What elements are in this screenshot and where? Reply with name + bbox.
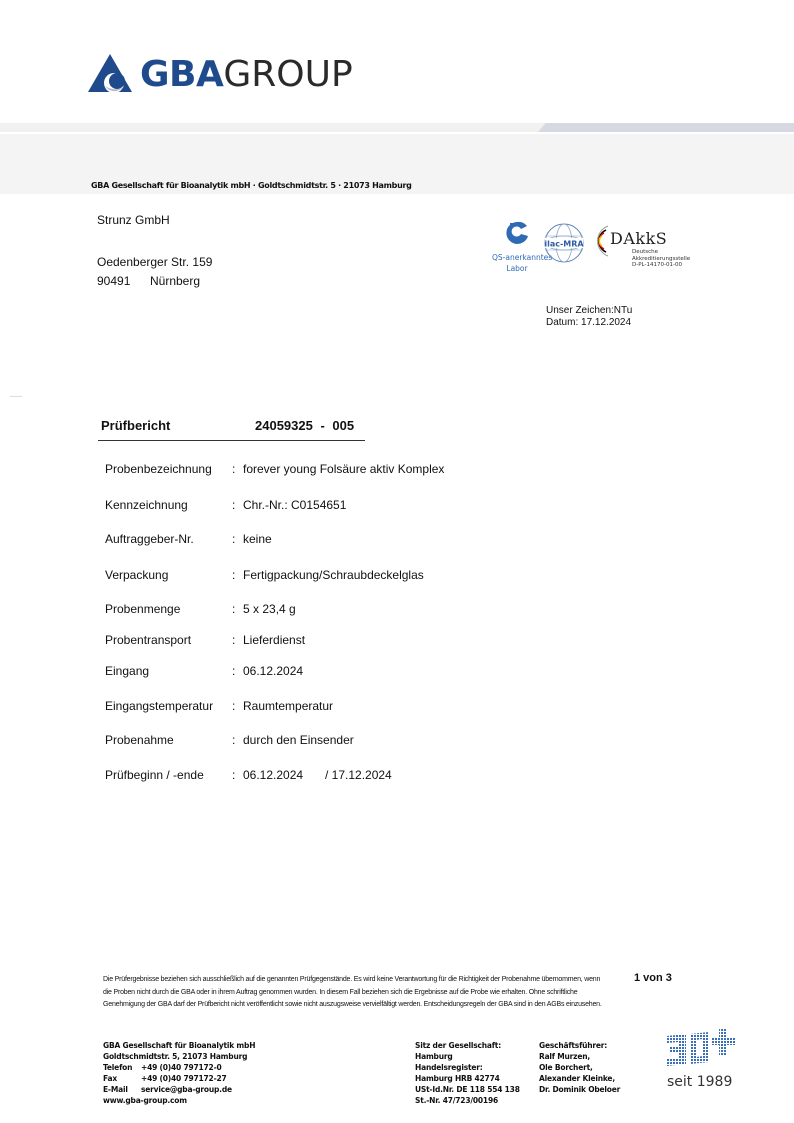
company-name: GBA Gesellschaft für Bioanalytik mbH xyxy=(103,1040,255,1051)
field-label: Probenbezeichnung xyxy=(105,462,212,476)
email-label: E-Mail xyxy=(103,1084,141,1095)
dakks-logo: DAkkS Deutsche Akkreditierungsstelle D-P… xyxy=(592,222,697,272)
field-separator: : xyxy=(232,664,235,678)
field-separator: : xyxy=(232,768,235,782)
field-label: Probentransport xyxy=(105,633,191,647)
email-row: E-Mailservice@gba-group.de xyxy=(103,1084,255,1095)
company-address: Goldtschmidtstr. 5, 21073 Hamburg xyxy=(103,1051,255,1062)
field-separator: : xyxy=(232,699,235,713)
field-separator: : xyxy=(232,532,235,546)
field-value: 06.12.2024 xyxy=(243,664,303,678)
field-label: Probenahme xyxy=(105,733,174,747)
legal-line: Handelsregister: xyxy=(415,1062,520,1073)
logo-gba-text: GBA xyxy=(140,54,223,95)
qs-line2: Labor xyxy=(492,264,542,273)
legal-line: Hamburg xyxy=(415,1051,520,1062)
anniversary-badge: seit 1989 xyxy=(664,1026,739,1091)
field-value: durch den Einsender xyxy=(243,733,354,747)
website-link[interactable]: www.gba-group.com xyxy=(103,1095,255,1106)
management-line: Ralf Murzen, xyxy=(539,1051,620,1062)
management-line: Ole Borchert, xyxy=(539,1062,620,1073)
field-separator: : xyxy=(232,733,235,747)
legal-line: Hamburg HRB 42774 xyxy=(415,1073,520,1084)
field-label: Eingangstemperatur xyxy=(105,699,213,713)
fax-row: Fax+49 (0)40 797172-27 xyxy=(103,1073,255,1084)
report-title: Prüfbericht xyxy=(101,418,170,433)
legal-line: Sitz der Gesellschaft: xyxy=(415,1040,520,1051)
field-label: Probenmenge xyxy=(105,602,180,616)
fax-label: Fax xyxy=(103,1073,141,1084)
management-line: Alexander Kleinke, xyxy=(539,1073,620,1084)
since-year: seit 1989 xyxy=(667,1074,732,1090)
sender-return-address: GBA Gesellschaft für Bioanalytik mbH · G… xyxy=(91,181,412,190)
management-line: Dr. Dominik Obeloer xyxy=(539,1084,620,1095)
legal-disclaimer: Die Prüfergebnisse beziehen sich ausschl… xyxy=(103,974,603,1012)
phone-label: Telefon xyxy=(103,1062,141,1073)
ilac-mra-logo: ilac-MRA xyxy=(543,222,585,264)
field-value: Fertigpackung/Schraubdeckelglas xyxy=(243,568,424,582)
company-contact: GBA Gesellschaft für Bioanalytik mbH Gol… xyxy=(103,1040,255,1106)
management-line: Geschäftsführer: xyxy=(539,1040,620,1051)
field-label: Prüfbeginn / -ende xyxy=(105,768,204,782)
field-value: Raumtemperatur xyxy=(243,699,333,713)
field-label: Auftraggeber-Nr. xyxy=(105,532,194,546)
phone-number: +49 (0)40 797172-0 xyxy=(141,1063,222,1072)
email-link[interactable]: service@gba-group.de xyxy=(141,1085,232,1094)
svg-text:ilac-MRA: ilac-MRA xyxy=(544,240,584,249)
gba-group-logo: GBAGROUP xyxy=(88,52,378,96)
report-date: Datum: 17.12.2024 xyxy=(546,317,631,329)
recipient-name: Strunz GmbH xyxy=(97,213,170,227)
field-separator: : xyxy=(232,462,235,476)
legal-line: St.-Nr. 47/723/00196 xyxy=(415,1095,520,1106)
title-divider xyxy=(98,440,365,441)
field-value: Chr.-Nr.: C0154651 xyxy=(243,498,346,512)
report-number: 24059325 - 005 xyxy=(255,418,354,433)
field-value: 5 x 23,4 g xyxy=(243,602,296,616)
field-label: Kennzeichnung xyxy=(105,498,188,512)
fold-mark xyxy=(10,396,22,397)
logo-wordmark: GBAGROUP xyxy=(140,52,353,97)
ilac-globe-icon: ilac-MRA xyxy=(543,222,585,264)
company-management: Geschäftsführer: Ralf Murzen, Ole Borche… xyxy=(539,1040,620,1095)
header-band-accent xyxy=(538,123,794,132)
phone-row: Telefon+49 (0)40 797172-0 xyxy=(103,1062,255,1073)
page-indicator: 1 von 3 xyxy=(634,972,672,984)
field-label: Verpackung xyxy=(105,568,168,582)
recipient-zip: 90491 xyxy=(97,274,130,288)
recipient-street: Oedenberger Str. 159 xyxy=(97,255,212,269)
field-value: Lieferdienst xyxy=(243,633,305,647)
field-separator: : xyxy=(232,498,235,512)
fax-number: +49 (0)40 797172-27 xyxy=(141,1074,227,1083)
company-legal: Sitz der Gesellschaft: Hamburg Handelsre… xyxy=(415,1040,520,1106)
reference-code: Unser Zeichen:NTu xyxy=(546,305,632,317)
dakks-accreditation-number: D-PL-14170-01-00 xyxy=(632,262,690,269)
qs-c-icon xyxy=(504,220,530,246)
field-separator: : xyxy=(232,633,235,647)
field-value-end: / 17.12.2024 xyxy=(325,768,392,782)
legal-line: USt-Id.Nr. DE 118 554 138 xyxy=(415,1084,520,1095)
dakks-details: Deutsche Akkreditierungsstelle D-PL-1417… xyxy=(632,249,690,269)
field-value: forever young Folsäure aktiv Komplex xyxy=(243,462,444,476)
qs-line1: QS-anerkanntes xyxy=(492,253,542,262)
field-separator: : xyxy=(232,602,235,616)
field-value: keine xyxy=(243,532,272,546)
dakks-arc-icon xyxy=(592,224,610,258)
thirty-plus-icon xyxy=(664,1026,736,1070)
dakks-wordmark: DAkkS xyxy=(610,229,667,248)
recipient-city: Nürnberg xyxy=(150,274,200,288)
gba-triangle-icon xyxy=(88,52,138,96)
logo-group-text: GROUP xyxy=(223,54,352,95)
field-label: Eingang xyxy=(105,664,149,678)
field-separator: : xyxy=(232,568,235,582)
qs-certification-logo: QS-anerkanntes Labor xyxy=(492,220,542,270)
field-value: 06.12.2024 xyxy=(243,768,303,782)
